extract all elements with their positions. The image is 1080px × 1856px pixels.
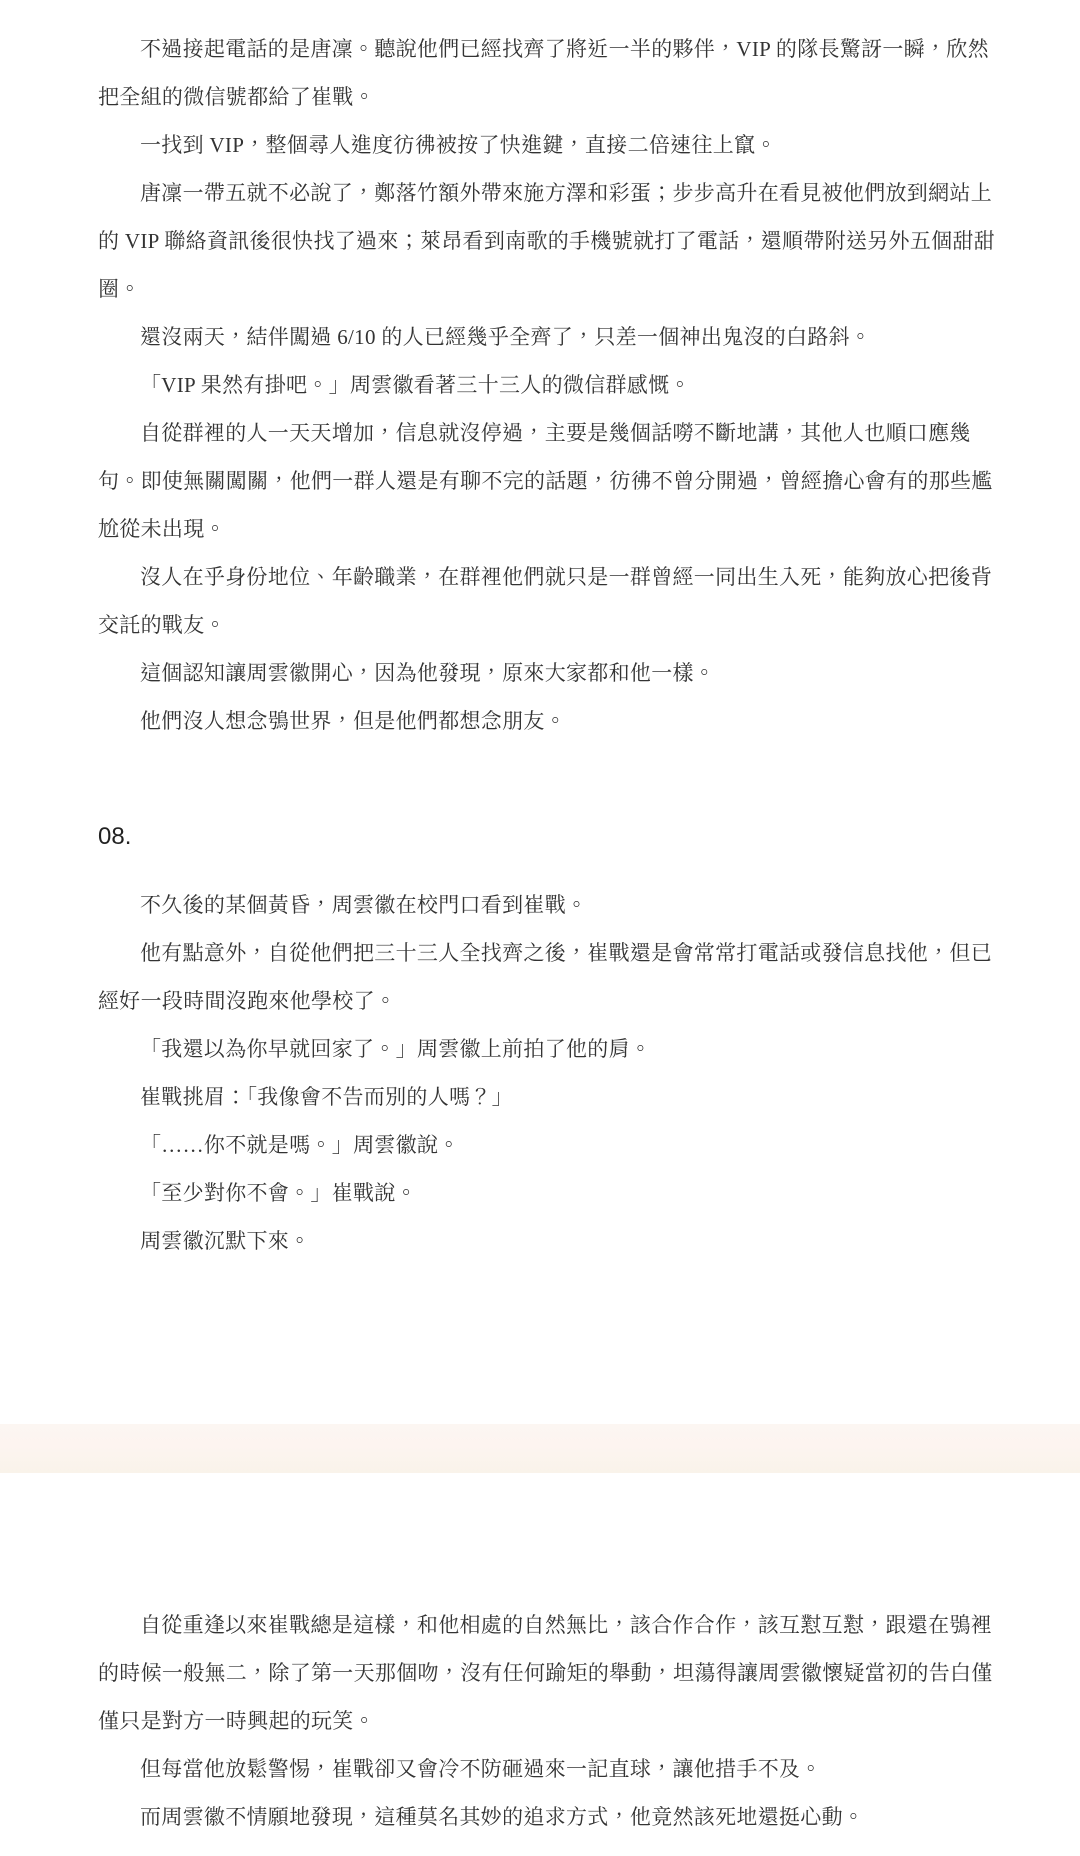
page-separator-band <box>0 1424 1080 1473</box>
paragraph: 不過接起電話的是唐凜。聽說他們已經找齊了將近一半的夥伴，VIP 的隊長驚訝一瞬，… <box>98 25 1003 121</box>
text-section-08-continued: 自從重逢以來崔戰總是這樣，和他相處的自然無比，該合作合作，該互懟互懟，跟還在鴞裡… <box>98 1601 1003 1841</box>
paragraph: 但每當他放鬆警惕，崔戰卻又會冷不防砸過來一記直球，讓他措手不及。 <box>98 1745 1003 1793</box>
reader-viewport: 不過接起電話的是唐凜。聽說他們已經找齊了將近一半的夥伴，VIP 的隊長驚訝一瞬，… <box>0 0 1080 1856</box>
paragraph: 「至少對你不會。」崔戰說。 <box>98 1169 1003 1217</box>
paragraph: 他有點意外，自從他們把三十三人全找齊之後，崔戰還是會常常打電話或發信息找他，但已… <box>98 929 1003 1025</box>
paragraph: 一找到 VIP，整個尋人進度彷彿被按了快進鍵，直接二倍速往上竄。 <box>98 121 1003 169</box>
paragraph: 還沒兩天，結伴闖過 6/10 的人已經幾乎全齊了，只差一個神出鬼沒的白路斜。 <box>98 313 1003 361</box>
paragraph: 而周雲徽不情願地發現，這種莫名其妙的追求方式，他竟然該死地還挺心動。 <box>98 1793 1003 1841</box>
paragraph: 「……你不就是嗎。」周雲徽說。 <box>98 1121 1003 1169</box>
paragraph: 自從群裡的人一天天增加，信息就沒停過，主要是幾個話嘮不斷地講，其他人也順口應幾句… <box>98 409 1003 553</box>
document-page: 不過接起電話的是唐凜。聽說他們已經找齊了將近一半的夥伴，VIP 的隊長驚訝一瞬，… <box>0 0 1080 1856</box>
paragraph: 崔戰挑眉：「我像會不告而別的人嗎？」 <box>98 1073 1003 1121</box>
paragraph: 他們沒人想念鴞世界，但是他們都想念朋友。 <box>98 697 1003 745</box>
paragraph: 這個認知讓周雲徽開心，因為他發現，原來大家都和他一樣。 <box>98 649 1003 697</box>
paragraph: 沒人在乎身份地位、年齡職業，在群裡他們就只是一群曾經一同出生入死，能夠放心把後背… <box>98 553 1003 649</box>
text-section-08: 不久後的某個黃昏，周雲徽在校門口看到崔戰。他有點意外，自從他們把三十三人全找齊之… <box>98 881 1003 1265</box>
section-heading-08: 08. <box>98 813 1003 861</box>
paragraph: 自從重逢以來崔戰總是這樣，和他相處的自然無比，該合作合作，該互懟互懟，跟還在鴞裡… <box>98 1601 1003 1745</box>
paragraph: 不久後的某個黃昏，周雲徽在校門口看到崔戰。 <box>98 881 1003 929</box>
text-section-07: 不過接起電話的是唐凜。聽說他們已經找齊了將近一半的夥伴，VIP 的隊長驚訝一瞬，… <box>98 25 1003 745</box>
paragraph: 唐凜一帶五就不必說了，鄭落竹額外帶來施方澤和彩蛋；步步高升在看見被他們放到網站上… <box>98 169 1003 313</box>
paragraph: 「VIP 果然有掛吧。」周雲徽看著三十三人的微信群感慨。 <box>98 361 1003 409</box>
paragraph: 「我還以為你早就回家了。」周雲徽上前拍了他的肩。 <box>98 1025 1003 1073</box>
paragraph: 周雲徽沉默下來。 <box>98 1217 1003 1265</box>
